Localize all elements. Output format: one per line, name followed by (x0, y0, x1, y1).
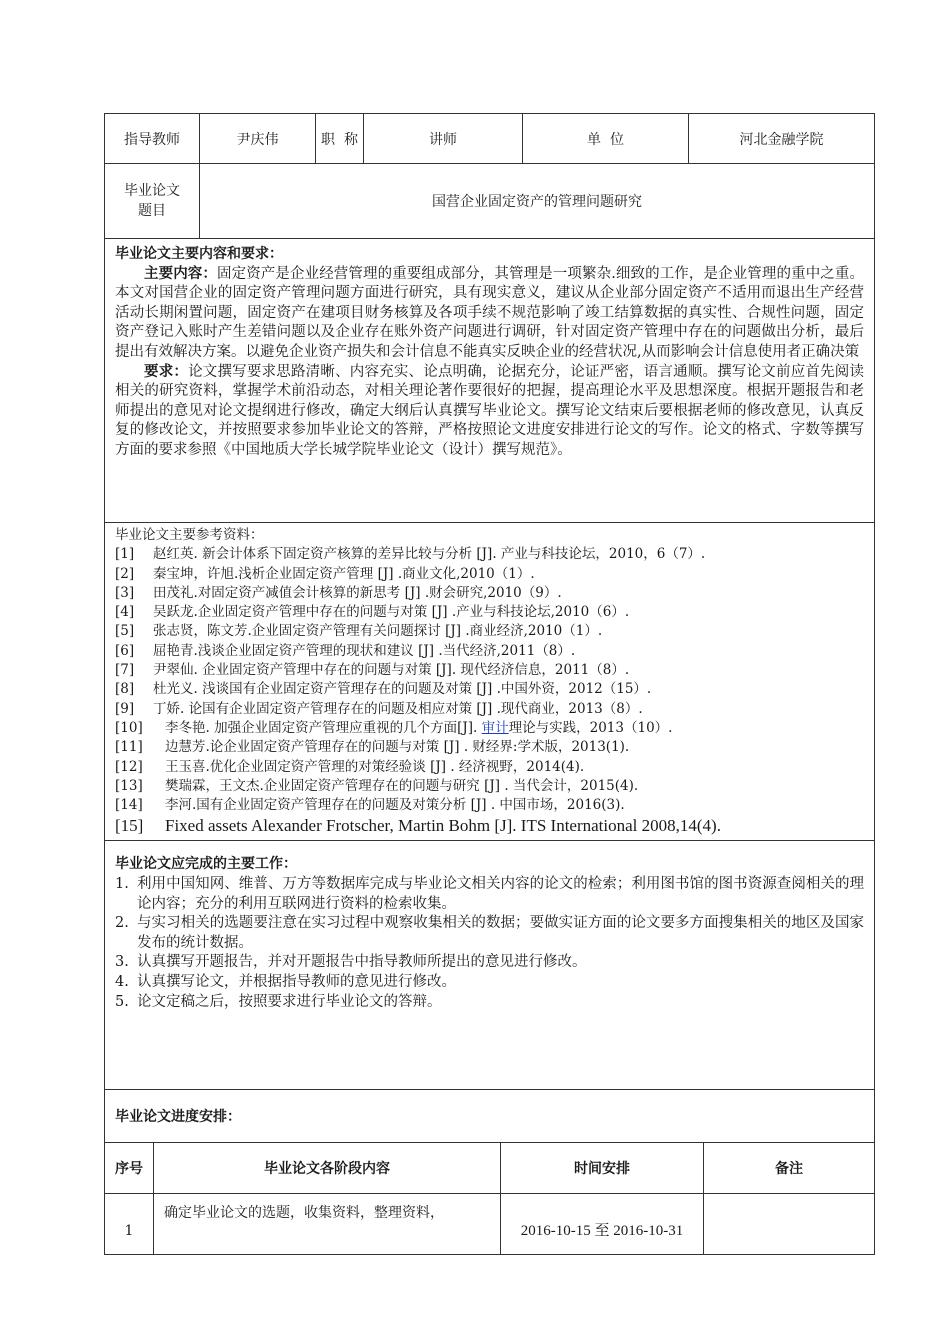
reference-item: [5]张志贤，陈文芳.企业固定资产管理有关问题探讨 [J] .商业经济,2010… (115, 622, 864, 641)
thesis-title-label-line1: 毕业论文 (105, 181, 199, 201)
reference-item: [6]屈艳青.浅谈企业固定资产管理的现状和建议 [J] .当代经济,2011（8… (115, 642, 864, 661)
thesis-title-label: 毕业论文 题目 (105, 164, 200, 239)
schedule-index: 1 (105, 1194, 154, 1255)
content-requirements-section: 毕业论文主要内容和要求： 主要内容：固定资产是企业经营管理的重要组成部分，其管理… (105, 239, 874, 467)
reference-item: [4]吴跃龙.企业固定资产管理中存在的问题与对策 [J] .产业与科技论坛,20… (115, 603, 864, 622)
reference-item: [11]边慧芳.论企业固定资产管理存在的问题与对策 [J] . 财经界:学术版，… (115, 738, 864, 757)
work-item: 3.认真撰写开题报告，并对开题报告中指导教师所提出的意见进行修改。 (115, 953, 864, 973)
content-requirements-row: 毕业论文主要内容和要求： 主要内容：固定资产是企业经营管理的重要组成部分，其管理… (105, 239, 875, 523)
main-content-paragraph: 主要内容：固定资产是企业经营管理的重要组成部分，其管理是一项繁杂.细致的工作，是… (115, 265, 864, 363)
column-header-note: 备注 (704, 1143, 875, 1194)
unit-value: 河北金融学院 (689, 114, 875, 164)
reference-item: [8]杜光义. 浅谈国有企业固定资产管理存在的问题及对策 [J] .中国外资，2… (115, 680, 864, 699)
schedule-heading: 毕业论文进度安排： (115, 1109, 241, 1125)
main-work-row: 毕业论文应完成的主要工作： 1.利用中国知网、维普、万方等数据库完成与毕业论文相… (105, 841, 875, 1090)
reference-item: [15]Fixed assets Alexander Frotscher, Ma… (115, 815, 864, 836)
reference-item: [12]王玉喜.优化企业固定资产管理的对策经验谈 [J] . 经济视野，2014… (115, 758, 864, 777)
column-header-content: 毕业论文各阶段内容 (154, 1143, 501, 1194)
schedule-time: 2016-10-15 至 2016-10-31 (501, 1194, 704, 1255)
unit-label: 单 位 (523, 114, 689, 164)
reference-item: [13]樊瑞霖，王文杰.企业固定资产管理存在的问题与研究 [J] . 当代会计，… (115, 777, 864, 796)
requirements-text: 论文撰写要求思路清晰、内容充实、论点明确，论据充分，论证严密，语言通顺。撰写论文… (115, 364, 864, 458)
reference-item: [9]丁娇. 论国有企业固定资产管理存在的问题及相应对策 [J] .现代商业，2… (115, 700, 864, 719)
schedule-row: 1 确定毕业论文的选题，收集资料，整理资料， 2016-10-15 至 2016… (105, 1194, 875, 1255)
job-title-label: 职 称 (316, 114, 364, 164)
references-row: 毕业论文主要参考资料： [1]赵红英. 新会计体系下固定资产核算的差异比较与分析… (105, 523, 875, 841)
requirements-paragraph: 要求：论文撰写要求思路清晰、内容充实、论点明确，论据充分，论证严密，语言通顺。撰… (115, 363, 864, 461)
schedule-content: 确定毕业论文的选题，收集资料，整理资料， (154, 1194, 501, 1255)
advisor-label: 指导教师 (105, 114, 200, 164)
main-work-list: 1.利用中国知网、维普、万方等数据库完成与毕业论文相关内容的论文的检索；利用图书… (115, 875, 864, 1012)
thesis-task-form: 指导教师 尹庆伟 职 称 讲师 单 位 河北金融学院 毕业论文 题目 国营企业固… (104, 113, 874, 1255)
schedule-heading-row: 毕业论文进度安排： (105, 1090, 875, 1143)
work-item: 1.利用中国知网、维普、万方等数据库完成与毕业论文相关内容的论文的检索；利用图书… (115, 875, 864, 914)
main-content-text: 固定资产是企业经营管理的重要组成部分，其管理是一项繁杂.细致的工作，是企业管理的… (115, 266, 864, 360)
reference-item: [2]秦宝坤，许旭.浅析企业固定资产管理 [J] .商业文化,2010（1）. (115, 565, 864, 584)
thesis-title-row: 毕业论文 题目 国营企业固定资产的管理问题研究 (105, 164, 875, 239)
reference-item: [14]李河.国有企业固定资产管理存在的问题及对策分析 [J] . 中国市场，2… (115, 796, 864, 815)
schedule-note (704, 1194, 875, 1255)
references-section: 毕业论文主要参考资料： [1]赵红英. 新会计体系下固定资产核算的差异比较与分析… (105, 523, 874, 840)
advisor-info-row: 指导教师 尹庆伟 职 称 讲师 单 位 河北金融学院 (105, 114, 875, 164)
content-requirements-heading: 毕业论文主要内容和要求： (115, 245, 864, 265)
work-item: 4.认真撰写论文，并根据指导教师的意见进行修改。 (115, 973, 864, 993)
main-work-section: 毕业论文应完成的主要工作： 1.利用中国知网、维普、万方等数据库完成与毕业论文相… (105, 841, 874, 1018)
references-heading: 毕业论文主要参考资料： (115, 526, 864, 545)
column-header-time: 时间安排 (501, 1143, 704, 1194)
reference-item: [7]尹翠仙. 企业固定资产管理中存在的问题与对策 [J]. 现代经济信息，20… (115, 661, 864, 680)
main-work-heading: 毕业论文应完成的主要工作： (115, 855, 864, 875)
reference-item: [10]李冬艳. 加强企业固定资产管理应重视的几个方面[J]. 审计理论与实践，… (115, 719, 864, 738)
thesis-title-value: 国营企业固定资产的管理问题研究 (200, 164, 875, 239)
schedule-table: 序号 毕业论文各阶段内容 时间安排 备注 1 确定毕业论文的选题，收集资料，整理… (104, 1142, 875, 1255)
reference-item: [1]赵红英. 新会计体系下固定资产核算的差异比较与分析 [J]. 产业与科技论… (115, 545, 864, 564)
schedule-header-row: 序号 毕业论文各阶段内容 时间安排 备注 (105, 1143, 875, 1194)
form-table: 指导教师 尹庆伟 职 称 讲师 单 位 河北金融学院 毕业论文 题目 国营企业固… (104, 113, 875, 1143)
work-item: 5.论文定稿之后，按照要求进行毕业论文的答辩。 (115, 993, 864, 1013)
main-content-lead: 主要内容： (144, 266, 217, 282)
job-title-value: 讲师 (364, 114, 523, 164)
advisor-name: 尹庆伟 (200, 114, 316, 164)
thesis-title-label-line2: 题目 (105, 201, 199, 221)
requirements-lead: 要求： (144, 364, 188, 380)
audit-hyperlink[interactable]: 审计 (482, 720, 509, 736)
reference-item: [3]田茂礼.对固定资产减值会计核算的新思考 [J] .财会研究,2010（9）… (115, 584, 864, 603)
work-item: 2.与实习相关的选题要注意在实习过程中观察收集相关的数据；要做实证方面的论文要多… (115, 914, 864, 953)
column-header-index: 序号 (105, 1143, 154, 1194)
